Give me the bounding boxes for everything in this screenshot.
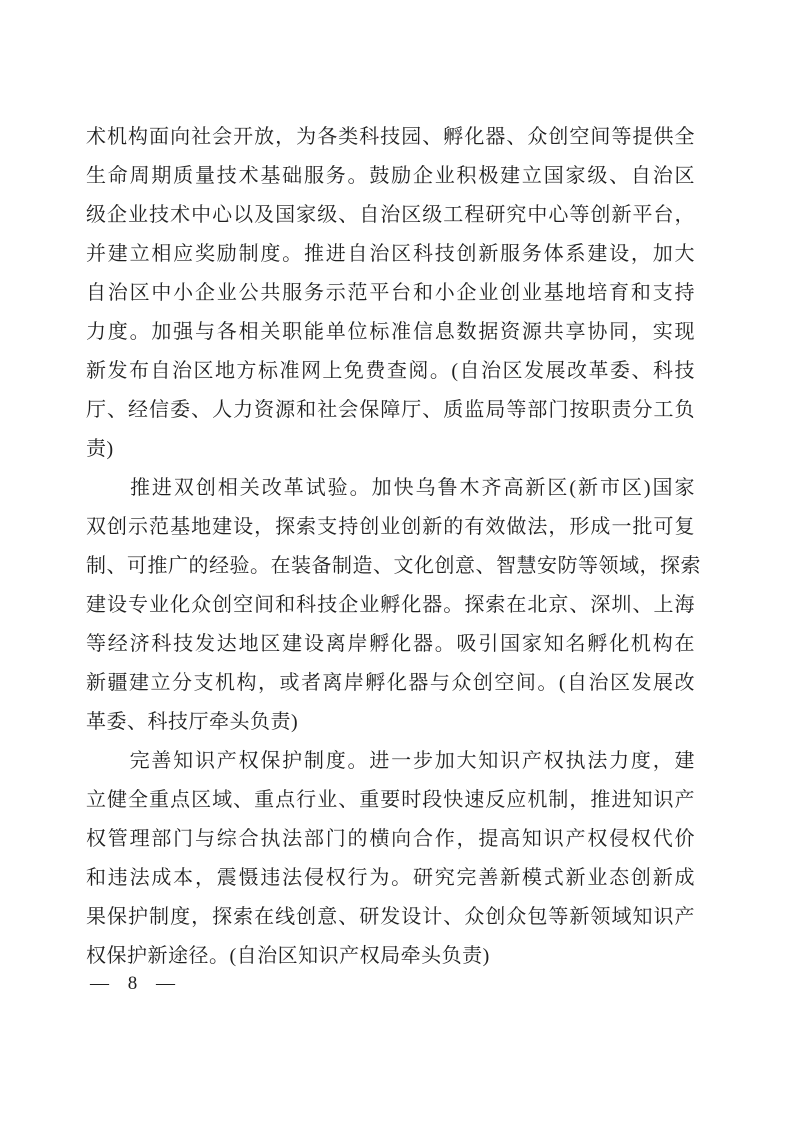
document-line: 厅、经信委、人力资源和社会保障厅、质监局等部门按职责分工负	[86, 391, 695, 430]
document-line: 立健全重点区域、重点行业、重要时段快速反应机制，推进知识产	[86, 781, 695, 820]
document-line: 生命周期质量技术基础服务。鼓励企业积极建立国家级、自治区	[86, 157, 695, 196]
document-line: 果保护制度，探索在线创意、研发设计、众创众包等新领域知识产	[86, 898, 695, 937]
document-line: 双创示范基地建设，探索支持创业创新的有效做法，形成一批可复	[86, 508, 695, 547]
document-line-paragraph-start: 推进双创相关改革试验。加快乌鲁木齐高新区(新市区)国家	[86, 469, 695, 508]
document-page: 术机构面向社会开放，为各类科技园、孵化器、众创空间等提供全 生命周期质量技术基础…	[0, 0, 793, 1122]
document-line-paragraph-start: 完善知识产权保护制度。进一步加大知识产权执法力度，建	[86, 742, 695, 781]
document-line: 权保护新途径。(自治区知识产权局牵头负责)	[86, 937, 695, 976]
document-line: 新疆建立分支机构，或者离岸孵化器与众创空间。(自治区发展改	[86, 664, 695, 703]
document-line: 和违法成本，震慑违法侵权行为。研究完善新模式新业态创新成	[86, 859, 695, 898]
document-line: 力度。加强与各相关职能单位标准信息数据资源共享协同，实现	[86, 313, 695, 352]
document-line: 权管理部门与综合执法部门的横向合作，提高知识产权侵权代价	[86, 820, 695, 859]
document-line: 术机构面向社会开放，为各类科技园、孵化器、众创空间等提供全	[86, 118, 695, 157]
document-body-text: 术机构面向社会开放，为各类科技园、孵化器、众创空间等提供全 生命周期质量技术基础…	[86, 118, 695, 976]
document-line: 责)	[86, 430, 695, 469]
page-number: — 8 —	[90, 972, 179, 996]
document-line: 并建立相应奖励制度。推进自治区科技创新服务体系建设，加大	[86, 235, 695, 274]
document-line: 革委、科技厅牵头负责)	[86, 703, 695, 742]
document-line: 新发布自治区地方标准网上免费查阅。(自治区发展改革委、科技	[86, 352, 695, 391]
document-line: 等经济科技发达地区建设离岸孵化器。吸引国家知名孵化机构在	[86, 625, 695, 664]
document-line: 自治区中小企业公共服务示范平台和小企业创业基地培育和支持	[86, 274, 695, 313]
document-line: 级企业技术中心以及国家级、自治区级工程研究中心等创新平台，	[86, 196, 695, 235]
document-line: 制、可推广的经验。在装备制造、文化创意、智慧安防等领域，探索	[86, 547, 695, 586]
document-line: 建设专业化众创空间和科技企业孵化器。探索在北京、深圳、上海	[86, 586, 695, 625]
